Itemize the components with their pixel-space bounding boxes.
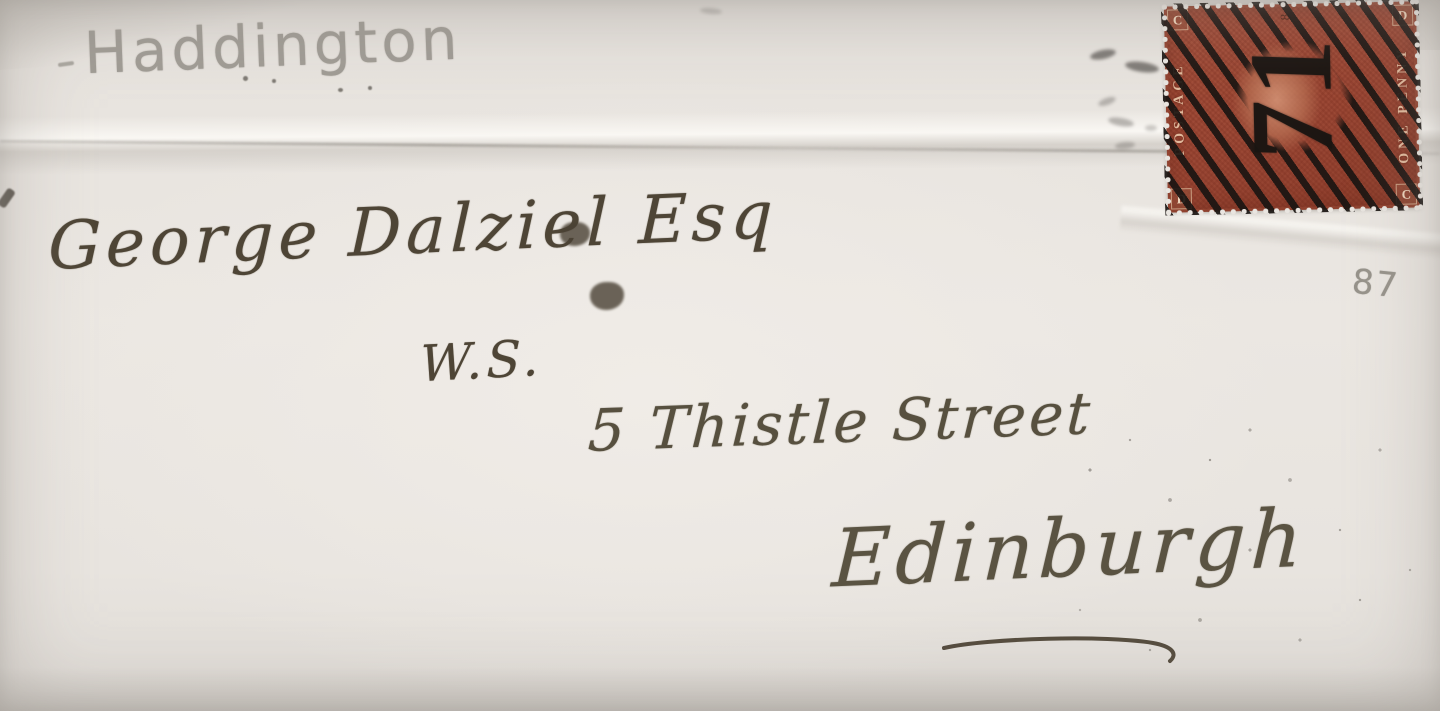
- address-line-title: W.S.: [420, 329, 544, 394]
- address-line-recipient: George Dalziel Esq: [47, 176, 778, 285]
- postmark-smudge: [1124, 60, 1159, 75]
- ink-speck: [272, 79, 276, 83]
- pencil-number: 87: [1350, 262, 1401, 307]
- ink-mark-left-edge: [0, 187, 16, 209]
- pencil-annotation: Haddington: [83, 5, 463, 87]
- penny-red-stamp: POSTAGE ONE PENNY 8 C D D C 71: [1164, 1, 1420, 212]
- postmark-smudge: [1089, 47, 1116, 61]
- postmark-smudge: [700, 7, 722, 15]
- ink-speck: [368, 86, 372, 90]
- postmark-smudge: [1145, 125, 1157, 131]
- paper-speckles: [1050, 410, 1440, 700]
- ink-blot: [590, 282, 624, 310]
- cancellation-numeral: 71: [1222, 32, 1361, 162]
- ink-speck: [338, 88, 343, 92]
- ink-speck: [243, 76, 248, 81]
- pencil-tick-mark: [58, 61, 74, 67]
- address-line-street: 5 Thistle Street: [586, 379, 1094, 465]
- envelope-photo: Haddington George Dalziel Esq W.S. 5 Thi…: [0, 0, 1440, 711]
- postmark-smudge: [1097, 95, 1116, 108]
